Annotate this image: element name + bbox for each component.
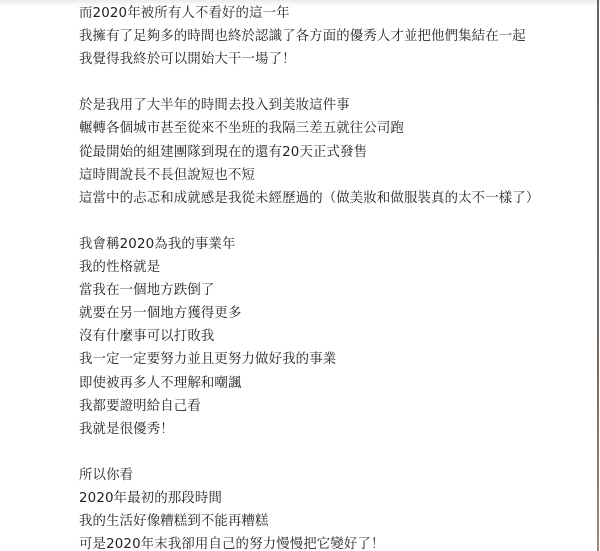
text-line: 我都要證明給自己看	[79, 395, 594, 418]
text-line: 我覺得我終於可以開始大干一場了！	[79, 48, 594, 71]
paragraph-1: 而2020年被所有人不看好的這一年 我擁有了足夠多的時間也終於認識了各方面的優秀…	[79, 2, 594, 71]
paragraph-4: 所以你看 2020年最初的那段時間 我的生活好像糟糕到不能再糟糕 可是2020年…	[79, 464, 594, 551]
paragraph-3: 我會稱2020為我的事業年 我的性格就是 當我在一個地方跌倒了 就要在另一個地方…	[79, 233, 594, 441]
paragraph-spacer	[79, 441, 594, 464]
text-line: 從最開始的組建團隊到現在的還有20天正式發售	[79, 141, 594, 164]
text-line: 即使被再多人不理解和嘲諷	[79, 372, 594, 395]
text-line: 我的生活好像糟糕到不能再糟糕	[79, 510, 594, 533]
paragraph-spacer	[79, 210, 594, 233]
text-line: 沒有什麼事可以打敗我	[79, 325, 594, 348]
text-line: 2020年最初的那段時間	[79, 487, 594, 510]
text-line: 我擁有了足夠多的時間也終於認識了各方面的優秀人才並把他們集結在一起	[79, 25, 594, 48]
text-line: 當我在一個地方跌倒了	[79, 279, 594, 302]
paragraph-spacer	[79, 71, 594, 94]
text-line: 我會稱2020為我的事業年	[79, 233, 594, 256]
text-line: 我的性格就是	[79, 256, 594, 279]
text-line: 我一定一定要努力並且更努力做好我的事業	[79, 348, 594, 371]
text-line: 而2020年被所有人不看好的這一年	[79, 2, 594, 25]
window-edge-border	[597, 0, 599, 551]
text-line: 於是我用了大半年的時間去投入到美妝這件事	[79, 94, 594, 117]
text-line: 我就是很優秀！	[79, 418, 594, 441]
text-line: 可是2020年末我卻用自己的努力慢慢把它變好了！	[79, 533, 594, 551]
text-line: 這時間說長不長但說短也不短	[79, 164, 594, 187]
text-line: 就要在另一個地方獲得更多	[79, 302, 594, 325]
text-line: 輾轉各個城市甚至從來不坐班的我隔三差五就往公司跑	[79, 117, 594, 140]
paragraph-2: 於是我用了大半年的時間去投入到美妝這件事 輾轉各個城市甚至從來不坐班的我隔三差五…	[79, 94, 594, 209]
article-body: 而2020年被所有人不看好的這一年 我擁有了足夠多的時間也終於認識了各方面的優秀…	[79, 2, 594, 551]
text-line: 這當中的忐忑和成就感是我從未經歷過的（做美妝和做服裝真的太不一樣了）	[79, 187, 594, 210]
text-line: 所以你看	[79, 464, 594, 487]
